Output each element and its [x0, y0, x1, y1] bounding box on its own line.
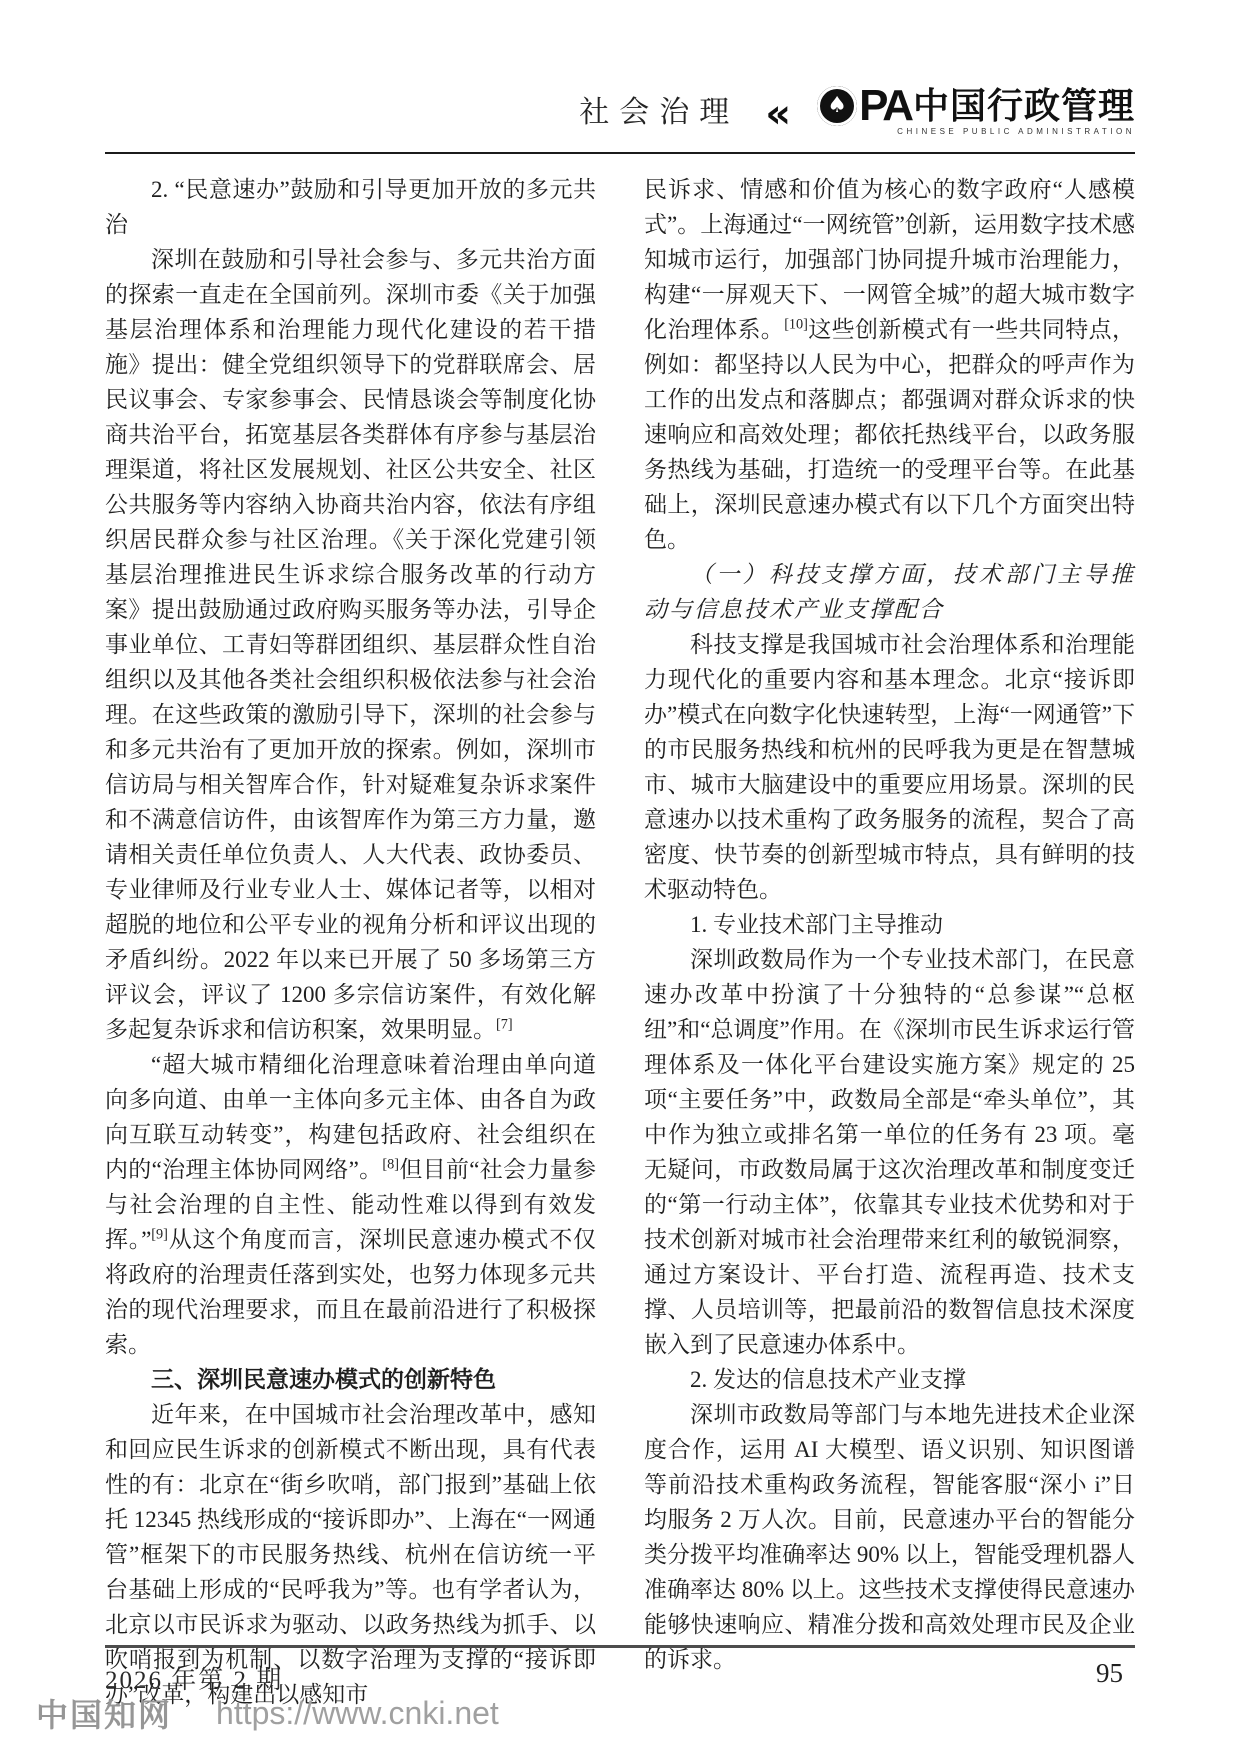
column-left: 2. “民意速办”鼓励和引导更加开放的多元共治深圳在鼓励和引导社会参与、多元共治… — [105, 172, 596, 1712]
journal-logo-row: ♠ PA 中国行政管理 — [817, 86, 1135, 126]
paragraph: 深圳在鼓励和引导社会参与、多元共治方面的探索一直走在全国前列。深圳市委《关于加强… — [105, 242, 596, 1047]
section-heading: 三、深圳民意速办模式的创新特色 — [105, 1362, 596, 1397]
chevrons-icon: « — [765, 94, 791, 136]
paragraph: “超大城市精细化治理意味着治理由单向道向多向道、由单一主体向多元主体、由各自为政… — [105, 1047, 596, 1362]
section-label: 社会治理 — [579, 98, 739, 136]
page-number: 95 — [1096, 1658, 1123, 1689]
paragraph: 科技支撑是我国城市社会治理体系和治理能力现代化的重要内容和基本理念。北京“接诉即… — [644, 627, 1135, 907]
paragraph: 深圳市政数局等部门与本地先进技术企业深度合作，运用 AI 大模型、语义识别、知识… — [644, 1397, 1135, 1677]
footer-divider — [105, 1645, 1135, 1648]
logo-subtitle-text: CHINESE PUBLIC ADMINISTRATION — [897, 127, 1135, 136]
column-right: 民诉求、情感和价值为核心的数字政府“人感模式”。上海通过“一网统管”创新，运用数… — [644, 172, 1135, 1712]
cnki-watermark-name: 中国知网 — [36, 1690, 172, 1736]
cnki-watermark: 中国知网 https://www.cnki.net — [36, 1690, 499, 1736]
cnki-watermark-url: https://www.cnki.net — [216, 1695, 499, 1732]
paragraph: 深圳政数局作为一个专业技术部门，在民意速办改革中扮演了十分独特的“总参谋”“总枢… — [644, 942, 1135, 1362]
section-heading: 2. “民意速办”鼓励和引导更加开放的多元共治 — [105, 172, 596, 242]
journal-logo: ♠ PA 中国行政管理 CHINESE PUBLIC ADMINISTRATIO… — [817, 86, 1135, 136]
logo-pa-text: PA — [859, 86, 911, 126]
section-heading: 2. 发达的信息技术产业支撑 — [644, 1362, 1135, 1397]
paragraph: 民诉求、情感和价值为核心的数字政府“人感模式”。上海通过“一网统管”创新，运用数… — [644, 172, 1135, 557]
cpa-emblem-icon: ♠ — [817, 86, 857, 126]
section-heading: （一）科技支撑方面，技术部门主导推动与信息技术产业支撑配合 — [644, 557, 1135, 627]
section-heading: 1. 专业技术部门主导推动 — [644, 907, 1135, 942]
article-body: 2. “民意速办”鼓励和引导更加开放的多元共治深圳在鼓励和引导社会参与、多元共治… — [105, 172, 1135, 1712]
header-divider — [105, 152, 1135, 154]
journal-page: 社会治理 « ♠ PA 中国行政管理 CHINESE PUBLIC ADMINI… — [0, 0, 1241, 1754]
logo-title-text: 中国行政管理 — [913, 88, 1135, 124]
page-header: 社会治理 « ♠ PA 中国行政管理 CHINESE PUBLIC ADMINI… — [105, 86, 1135, 136]
